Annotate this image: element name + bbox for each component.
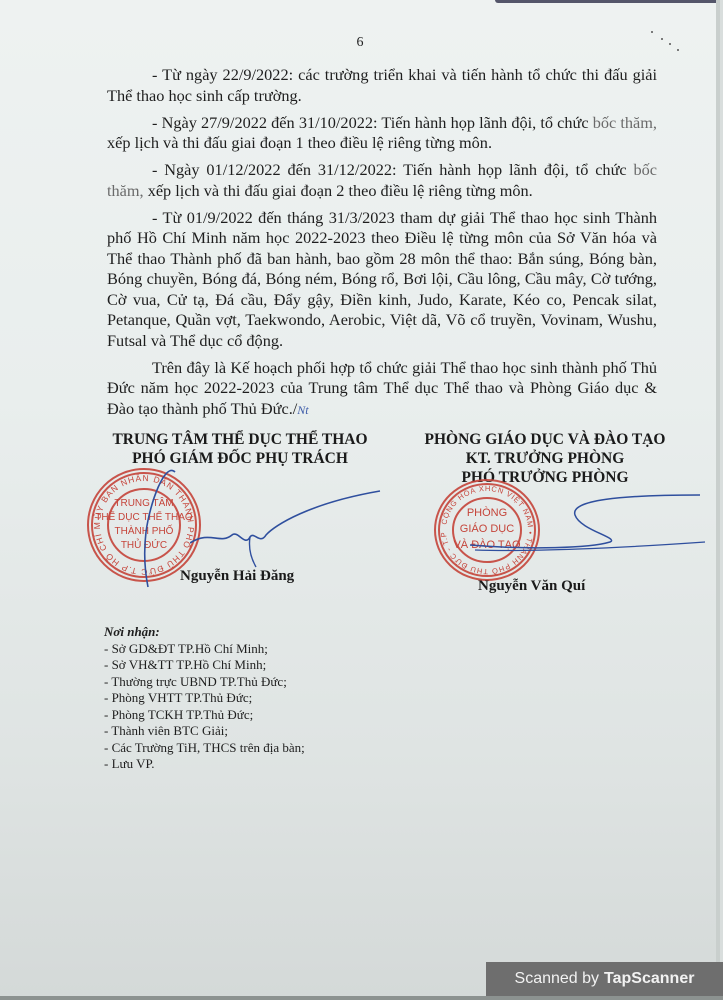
left-signer-name: Nguyễn Hải Đăng [180,568,294,585]
right-handwritten-signature [470,490,710,570]
right-org: PHÒNG GIÁO DỤC VÀ ĐÀO TẠO [395,430,695,449]
recipient-item: - Thường trực UBND TP.Thủ Đức; [104,674,305,691]
left-org: TRUNG TÂM THỂ DỤC THỂ THAO [100,430,380,449]
right-role-1: KT. TRƯỞNG PHÒNG [395,449,695,468]
left-handwritten-signature [190,485,390,575]
svg-text:THÀNH PHỐ: THÀNH PHỐ [115,523,174,537]
recipient-item: - Lưu VP. [104,756,305,773]
recipients-heading: Nơi nhận: [104,624,305,641]
scan-bottom-edge [0,996,723,1000]
right-signer-name: Nguyễn Văn Quí [478,578,585,595]
recipient-item: - Phòng VHTT TP.Thủ Đức; [104,690,305,707]
scan-edge-shadow [495,0,720,3]
recipient-item: - Sở VH&TT TP.Hồ Chí Minh; [104,657,305,674]
svg-text:TRUNG TÂM: TRUNG TÂM [114,496,173,509]
recipients-list: Nơi nhận: - Sở GD&ĐT TP.Hồ Chí Minh;- Sở… [104,624,305,773]
svg-text:THỂ DỤC THỂ THAO: THỂ DỤC THỂ THAO [95,510,193,523]
watermark-prefix: Scanned by [515,970,600,988]
watermark-brand: TapScanner [604,970,694,988]
paragraph-3: - Ngày 01/12/2022 đến 31/12/2022: Tiến h… [107,160,657,201]
body-text: - Từ ngày 22/9/2022: các trường triển kh… [107,65,657,427]
tapscanner-watermark: Scanned byTapScanner [486,962,723,996]
recipient-item: - Sở GD&ĐT TP.Hồ Chí Minh; [104,641,305,658]
page-number: 6 [350,35,370,51]
paragraph-1: - Từ ngày 22/9/2022: các trường triển kh… [107,65,657,106]
recipients-items: - Sở GD&ĐT TP.Hồ Chí Minh;- Sở VH&TT TP.… [104,641,305,773]
recipient-item: - Các Trường TiH, THCS trên địa bàn; [104,740,305,757]
paragraph-5: Trên đây là Kế hoạch phối hợp tổ chức gi… [107,358,657,421]
paragraph-2: - Ngày 27/9/2022 đến 31/10/2022: Tiến hà… [107,113,657,154]
paragraph-4: - Từ 01/9/2022 đến tháng 31/3/2023 tham … [107,208,657,352]
scan-right-edge [716,0,720,1000]
recipient-item: - Phòng TCKH TP.Thủ Đức; [104,707,305,724]
document-page: 6 - Từ ngày 22/9/2022: các trường triển … [0,0,720,1000]
scan-speckles [651,31,681,53]
handwritten-initials: Nt [297,403,308,417]
recipient-item: - Thành viên BTC Giải; [104,723,305,740]
